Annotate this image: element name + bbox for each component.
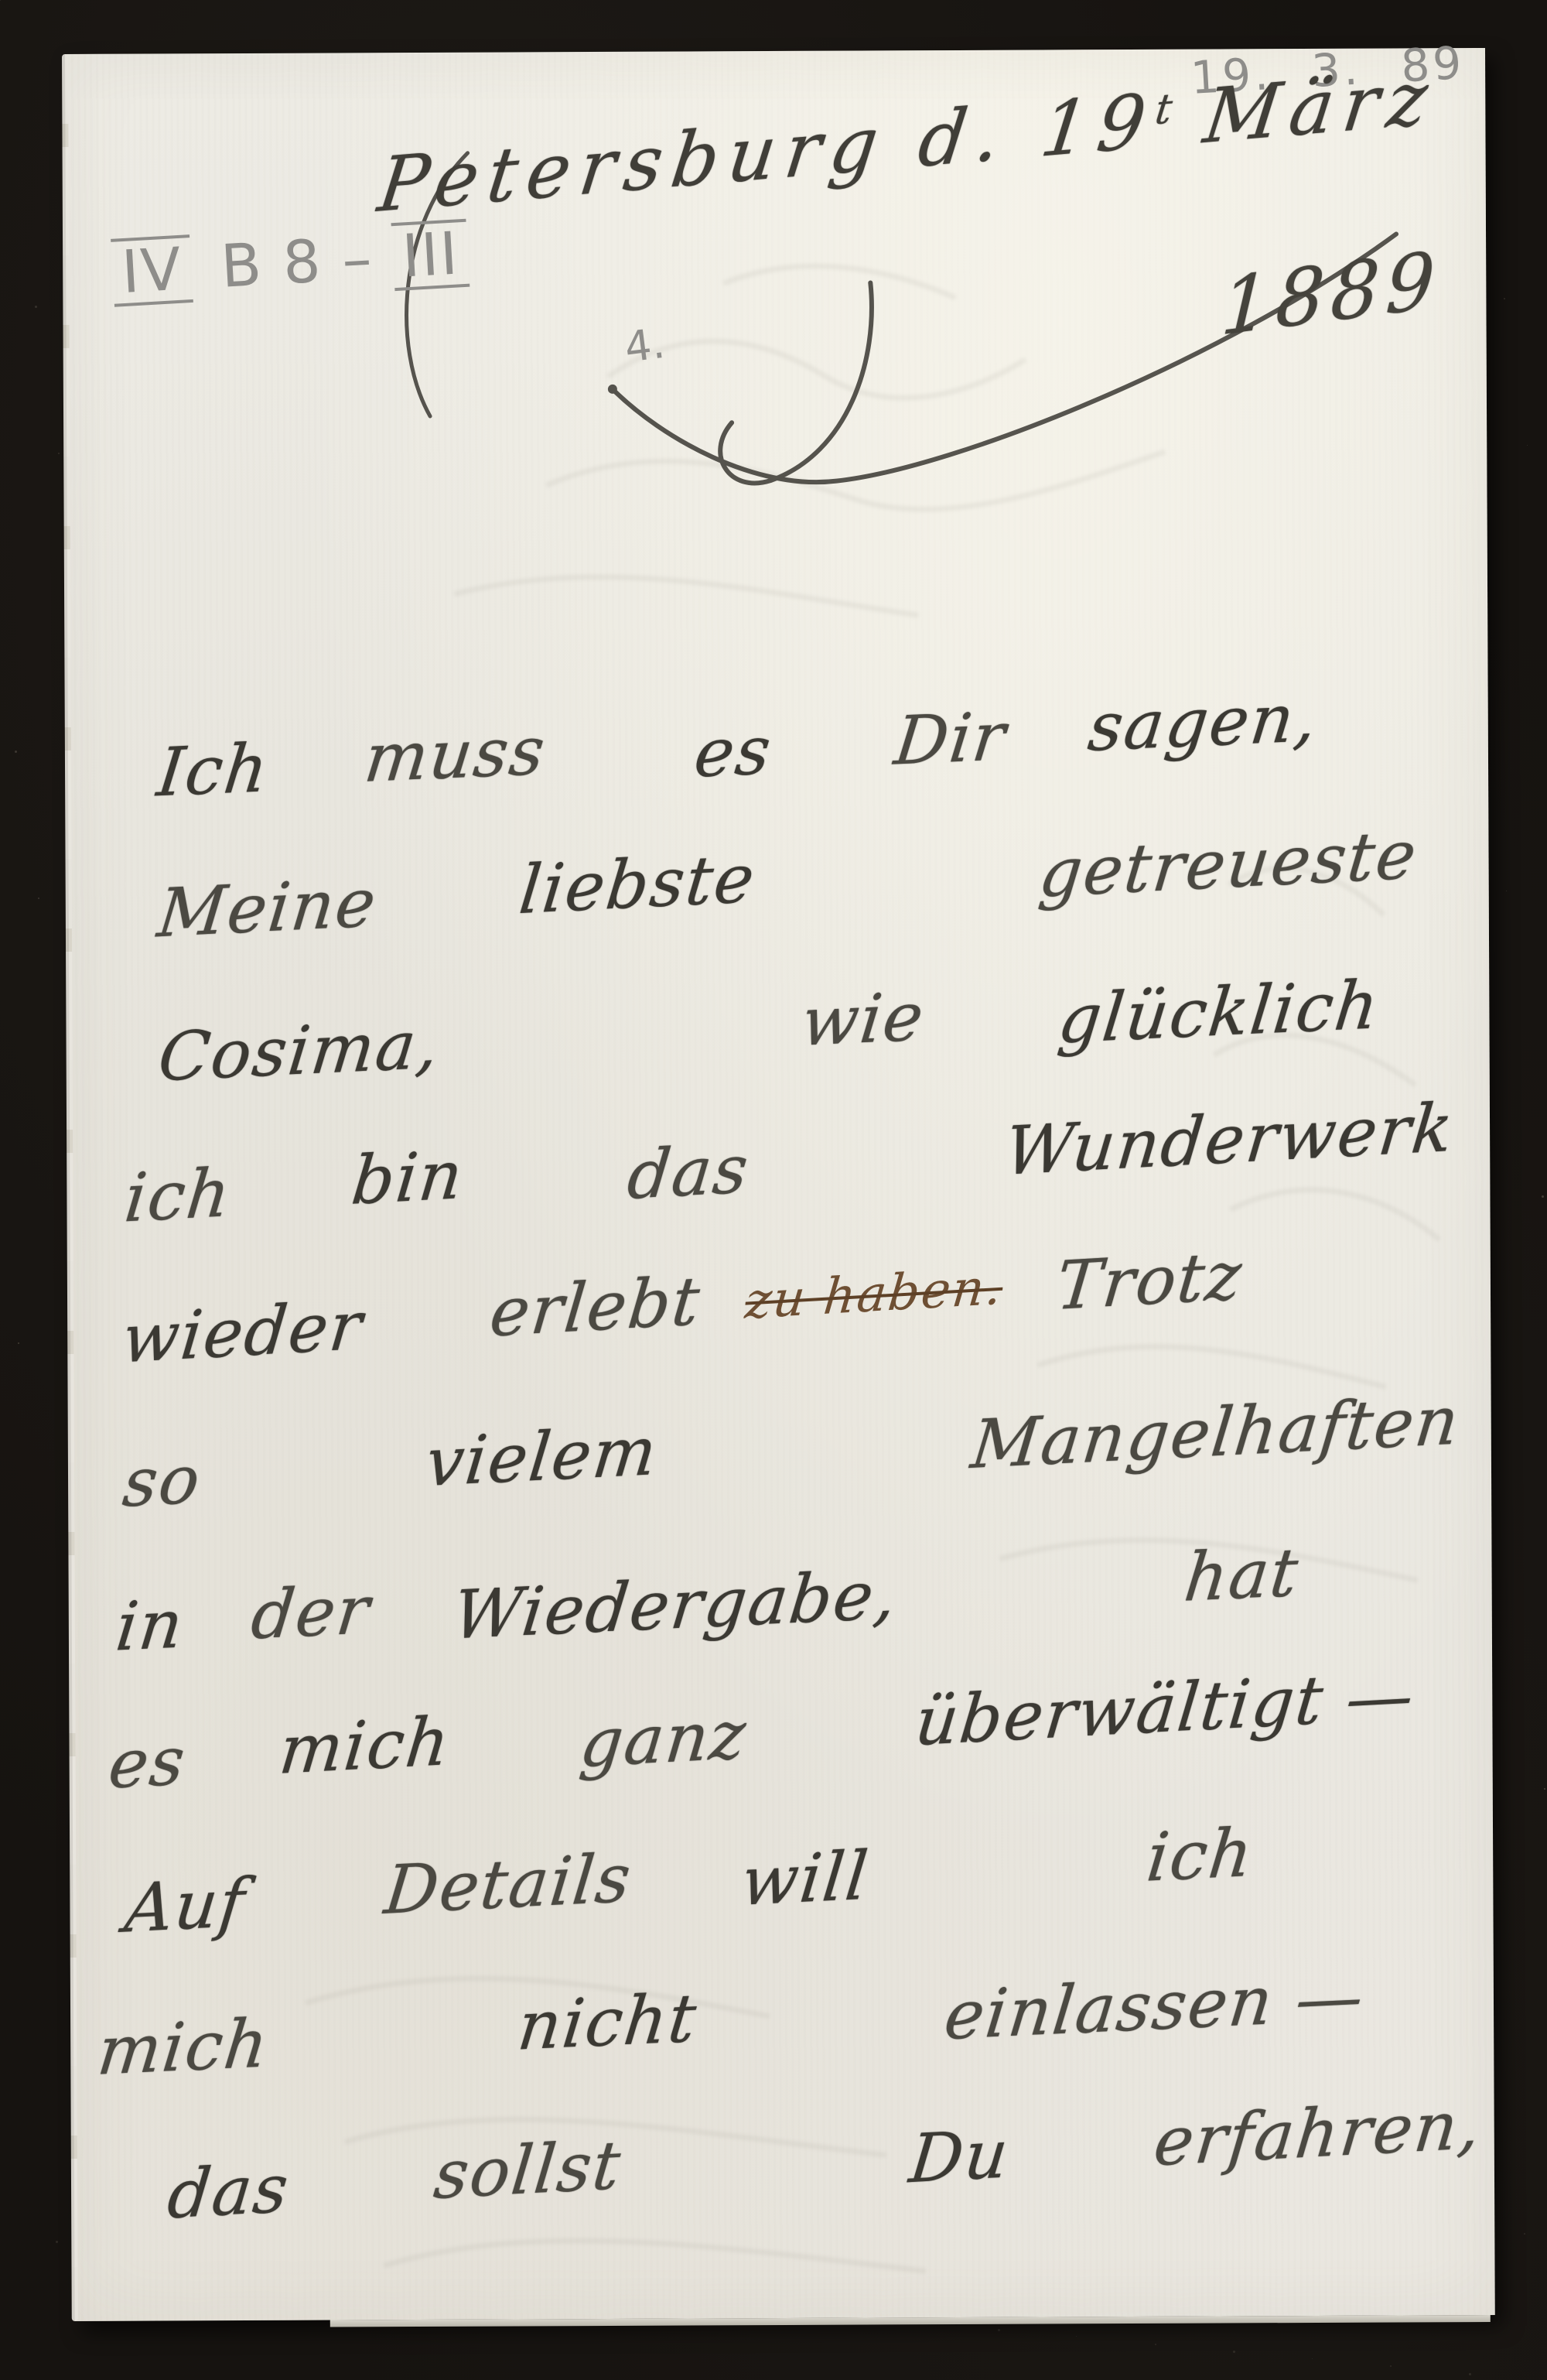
word-gap	[447, 1763, 579, 1770]
word-gap	[181, 1644, 248, 1647]
handwritten-word: Trotz	[1053, 1237, 1246, 1325]
handwritten-line: Meineliebstegetreueste	[154, 812, 1422, 953]
dust-speck	[1527, 445, 1528, 446]
handwritten-line: sovielemMangelhaften	[119, 1378, 1464, 1523]
word-gap	[1003, 756, 1085, 760]
handwritten-word: Wiedergabe,	[449, 1556, 902, 1654]
word-gap	[437, 1051, 799, 1068]
handwritten-word: glücklich	[1054, 966, 1384, 1059]
word-gap	[895, 1601, 1183, 1614]
dust-speck	[1076, 2336, 1077, 2337]
handwritten-word: der	[248, 1571, 374, 1655]
dust-speck	[1312, 2358, 1313, 2359]
handwritten-word: es	[105, 1722, 190, 1804]
word-gap	[694, 2035, 943, 2047]
word-gap	[198, 1491, 423, 1502]
handwritten-word: das	[624, 1130, 753, 1215]
handwritten-line: wiedererlebtzu haben.Trotz	[118, 1237, 1246, 1379]
handwritten-word: bin	[348, 1137, 467, 1220]
handwritten-line: esmichganzüberwältigt —	[105, 1657, 1419, 1804]
handwritten-word: liebste	[516, 839, 760, 929]
word-gap	[745, 1745, 914, 1754]
handwritten-line: michnichteinlassen —	[94, 1948, 1493, 2091]
dust-speck	[0, 0, 1, 1]
word-gap	[698, 1327, 743, 1329]
dust-speck	[1233, 2351, 1235, 2353]
handwritten-word: Meine	[154, 864, 381, 953]
dust-speck	[1506, 891, 1507, 891]
handwritten-word: wie	[797, 978, 928, 1062]
dust-speck	[1155, 2344, 1156, 2345]
handwritten-word: Du	[906, 2115, 1013, 2199]
handwritten-line: dassollstDuerfahren,	[164, 2086, 1485, 2234]
handwritten-word: vielem	[422, 1413, 661, 1503]
word-gap	[360, 1342, 487, 1349]
handwritten-word: sollst	[431, 2127, 626, 2215]
word-gap	[866, 1881, 1145, 1895]
handwritten-word: überwältigt —	[912, 1657, 1419, 1761]
word-gap	[367, 1634, 452, 1638]
handwritten-word: das	[164, 2149, 293, 2234]
word-gap	[542, 773, 693, 779]
dust-speck	[56, 2241, 58, 2243]
handwritten-word: nicht	[514, 1979, 702, 2065]
dust-speck	[18, 1342, 19, 1344]
word-gap	[1007, 2165, 1152, 2173]
dust-speck	[1542, 1195, 1544, 1198]
word-gap	[752, 893, 1037, 907]
handwritten-word: Cosima,	[155, 1006, 444, 1096]
handwritten-word: erfahren,	[1150, 2086, 1485, 2181]
word-gap	[628, 1901, 739, 1906]
dust-speck	[998, 2329, 1000, 2331]
handwritten-word: Dir	[890, 698, 1010, 781]
handwritten-word: Mangelhaften	[968, 1382, 1464, 1484]
handwritten-word: muss	[360, 712, 550, 798]
dust-speck	[1524, 2233, 1525, 2235]
handwritten-line: IchmussesDirsagen,	[153, 685, 1321, 812]
handwritten-word: ich	[1143, 1814, 1258, 1896]
dust-speck	[1504, 298, 1505, 299]
word-gap	[618, 2178, 908, 2194]
body-lines: IchmussesDirsagen,Meineliebstegetreueste…	[65, 48, 1495, 2321]
word-gap	[654, 1464, 970, 1479]
handwritten-word: Ich	[153, 730, 273, 812]
word-gap	[770, 764, 893, 770]
word-gap	[183, 1779, 277, 1783]
handwritten-word: es	[691, 712, 776, 793]
word-gap	[921, 1039, 1057, 1045]
handwritten-word: hat	[1180, 1534, 1303, 1616]
handwritten-line: Cosima,wieglücklich	[155, 963, 1385, 1097]
word-gap	[1000, 1309, 1054, 1312]
word-gap	[747, 1175, 1003, 1188]
dust-speck	[1544, 1788, 1545, 1790]
handwritten-word: erlebt	[487, 1263, 705, 1352]
handwritten-word: Auf	[121, 1864, 250, 1947]
word-gap	[460, 1195, 626, 1203]
dust-speck	[15, 751, 17, 753]
handwritten-word: mich	[94, 2005, 273, 2091]
dust-speck	[38, 898, 39, 899]
handwritten-word: wieder	[118, 1287, 367, 1378]
word-gap	[287, 2204, 432, 2211]
word-gap	[266, 2055, 515, 2067]
word-gap	[374, 918, 517, 925]
struck-word: zu haben.	[743, 1258, 1006, 1330]
handwritten-word: in	[112, 1585, 188, 1667]
handwritten-line: AufDetailswillich	[121, 1814, 1258, 1947]
dust-speck	[1390, 2365, 1392, 2367]
handwritten-line: ichbindasWunderwerk	[121, 1089, 1458, 1237]
handwritten-word: ganz	[576, 1696, 750, 1783]
dust-speck	[58, 453, 60, 454]
scan-background-mat: 19. 3. 89 IVB 8 –III 4. Petersburg d. 19…	[0, 0, 1547, 2380]
handwritten-word: mich	[276, 1703, 455, 1790]
dust-speck	[1469, 2373, 1471, 2375]
handwritten-word: getreueste	[1036, 816, 1422, 913]
handwritten-word: will	[738, 1837, 873, 1921]
handwritten-word: Details	[381, 1839, 636, 1930]
dust-speck	[35, 306, 37, 308]
letter-page: 19. 3. 89 IVB 8 –III 4. Petersburg d. 19…	[65, 48, 1495, 2321]
handwritten-word: sagen,	[1084, 679, 1322, 767]
handwritten-word: einlassen —	[941, 1958, 1368, 2055]
word-gap	[243, 1919, 382, 1926]
handwritten-word: Wunderwerk	[1002, 1089, 1458, 1191]
word-gap	[229, 1209, 350, 1216]
handwritten-word: ich	[121, 1154, 235, 1238]
handwritten-line: inderWiedergabe,hat	[112, 1534, 1303, 1666]
handwritten-word: so	[119, 1441, 205, 1523]
word-gap	[266, 787, 362, 791]
